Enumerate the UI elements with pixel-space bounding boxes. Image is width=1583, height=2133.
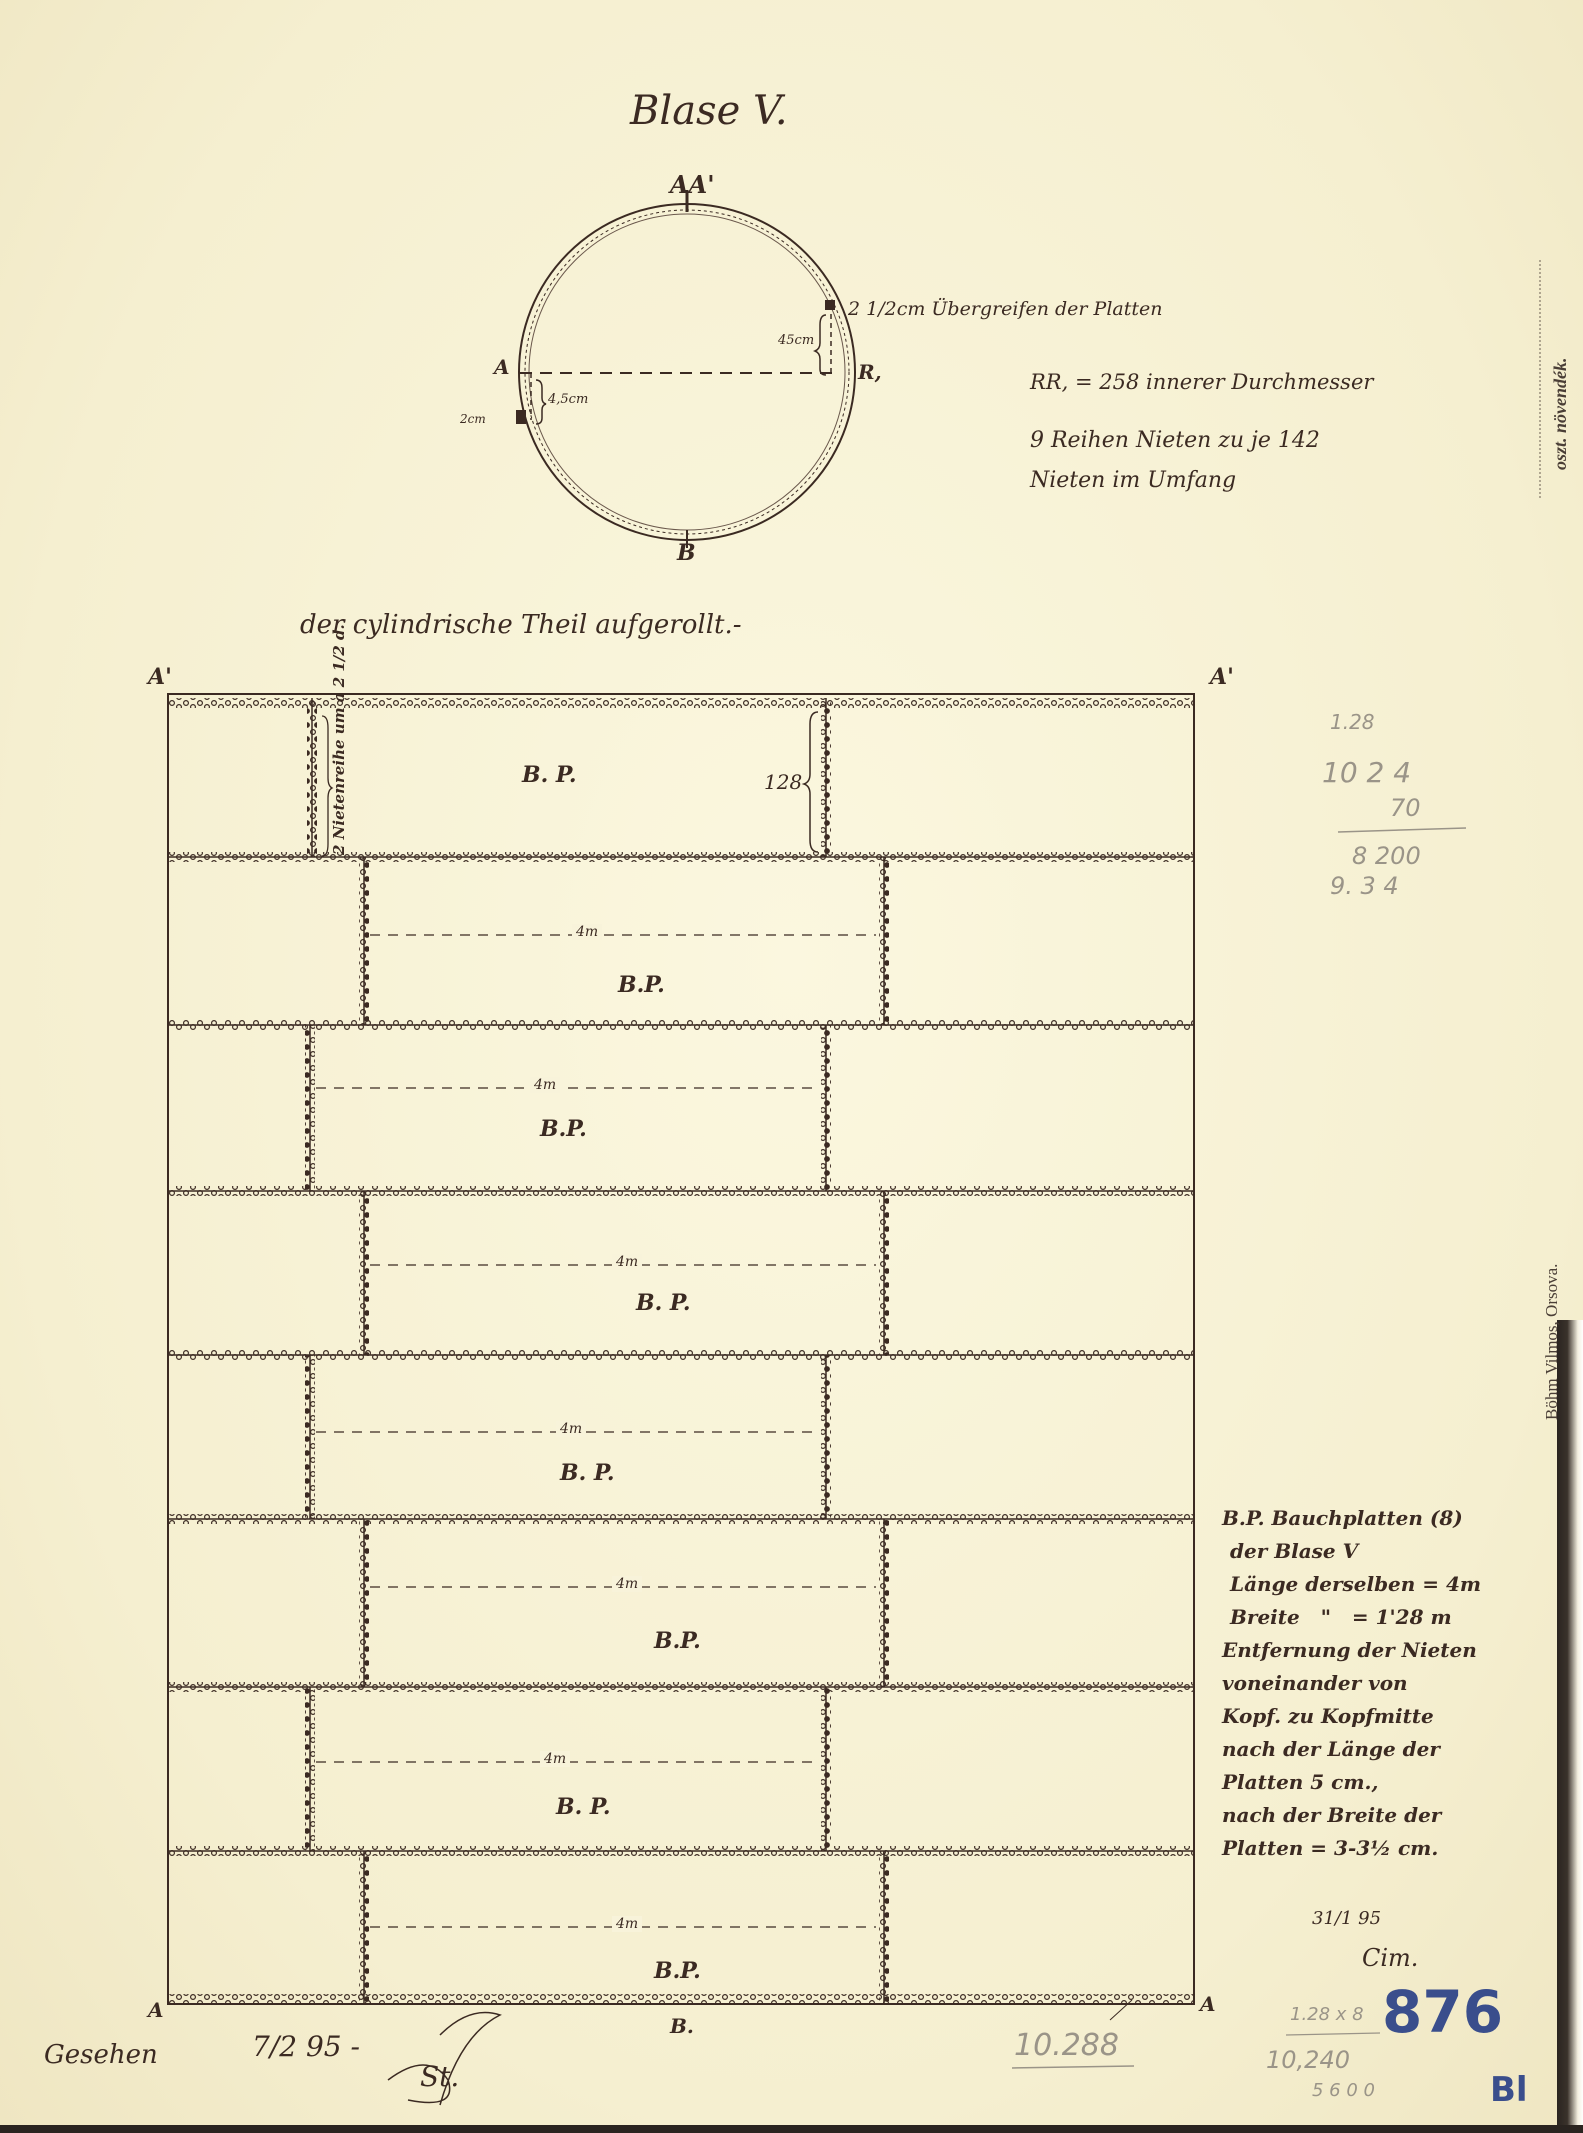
unrolled-frame xyxy=(168,694,1194,2004)
legend-block: B.P. Bauchplatten (8) der Blase V Länge … xyxy=(1222,1502,1562,1865)
legend-line: Kopf. zu Kopfmitte xyxy=(1222,1700,1562,1733)
corner-top-right: A' xyxy=(1210,664,1234,690)
legend-line: Platten 5 cm., xyxy=(1222,1766,1562,1799)
pencil-calc-footer-top: 1.28 x 8 xyxy=(1290,2004,1364,2025)
legend-line: nach der Breite der xyxy=(1222,1799,1562,1832)
plate-dim-5: 4m xyxy=(556,1421,586,1437)
rivets-note-line2: Nieten im Umfang xyxy=(1030,468,1236,493)
left-small-dim: 2cm xyxy=(460,412,486,426)
label-top: AA' xyxy=(670,170,715,199)
cross-section-circle xyxy=(516,190,855,548)
legend-date: 31/1 95 xyxy=(1312,1908,1381,1929)
plate-label-2: B.P. xyxy=(618,972,665,998)
plate-label-6: B.P. xyxy=(654,1628,701,1654)
archive-number: 10.288 xyxy=(1014,2028,1119,2063)
diameter-note: RR, = 258 innerer Durchmesser xyxy=(1030,370,1373,394)
corner-bottom-left: A xyxy=(148,1998,164,2022)
plate-label-1: B. P. xyxy=(522,762,576,788)
pencil-calc-3: 70 xyxy=(1390,794,1421,822)
width-dimension: 128 xyxy=(764,770,802,794)
plate-label-7: B. P. xyxy=(556,1794,610,1820)
pencil-calc-footer-bottom: 10,240 xyxy=(1266,2046,1350,2074)
plate-dim-4: 4m xyxy=(612,1254,642,1270)
pencil-calc-4: 8 200 xyxy=(1352,842,1421,870)
label-bottom: B xyxy=(677,540,696,566)
seam-note: 2 Nietenreihe um a 2 1/2 d. xyxy=(330,624,348,855)
plate-dim-8: 4m xyxy=(612,1916,642,1932)
legend-line: B.P. Bauchplatten (8) xyxy=(1222,1502,1562,1535)
pencil-calc-2: 10 2 4 xyxy=(1322,756,1411,789)
legend-line: Länge derselben = 4m xyxy=(1222,1568,1562,1601)
legend-line: Breite " = 1'28 m xyxy=(1222,1601,1562,1634)
legend-line: der Blase V xyxy=(1222,1535,1562,1568)
legend-line: Platten = 3-3½ cm. xyxy=(1222,1832,1562,1865)
pencil-calc-5: 9. 3 4 xyxy=(1330,872,1399,900)
label-right: R, xyxy=(858,360,882,384)
gesehen-date: 7/2 95 - xyxy=(252,2030,360,2063)
legend-signature: Cim. xyxy=(1362,1944,1418,1972)
plate-dim-6: 4m xyxy=(612,1576,642,1592)
rivets-note-line1: 9 Reihen Nieten zu je 142 xyxy=(1030,428,1320,453)
right-dim: 45cm xyxy=(778,333,814,348)
legend-line: Entfernung der Nieten xyxy=(1222,1634,1562,1667)
legend-line: nach der Länge der xyxy=(1222,1733,1562,1766)
gesehen-label: Gesehen xyxy=(44,2040,158,2070)
plate-dim-7: 4m xyxy=(540,1751,570,1767)
printed-margin-bottom: Böhm Vilmos, Orsova. xyxy=(1542,1264,1562,1420)
plate-label-8: B.P. xyxy=(654,1958,701,1984)
plate-label-5: B. P. xyxy=(560,1460,614,1486)
plate-label-4: B. P. xyxy=(636,1290,690,1316)
plate-dim-2: 4m xyxy=(572,924,602,940)
corner-bottom-right: A xyxy=(1200,1992,1216,2016)
legend-line: voneinander von xyxy=(1222,1667,1562,1700)
pencil-calc-1: 1.28 xyxy=(1330,710,1375,734)
left-dim: 4,5cm xyxy=(548,392,588,407)
label-left: A xyxy=(494,355,510,379)
initial-signature: St. xyxy=(420,2060,459,2093)
plate-label-3: B.P. xyxy=(540,1116,587,1142)
bottom-center-label: B. xyxy=(670,2014,694,2038)
printed-margin-top: oszt. növendék. xyxy=(1550,358,1571,471)
overlap-note: 2 1/2cm Übergreifen der Platten xyxy=(848,298,1163,320)
pencil-calc-footer-extra: 5 6 0 0 xyxy=(1312,2080,1375,2101)
corner-top-left: A' xyxy=(148,664,172,690)
unrolled-caption: der cylindrische Theil aufgerollt.- xyxy=(300,610,742,640)
blue-archive-sub: Bl xyxy=(1490,2070,1528,2110)
plate-dim-3: 4m xyxy=(530,1077,560,1093)
blue-archive-number: 876 xyxy=(1382,1978,1503,2046)
